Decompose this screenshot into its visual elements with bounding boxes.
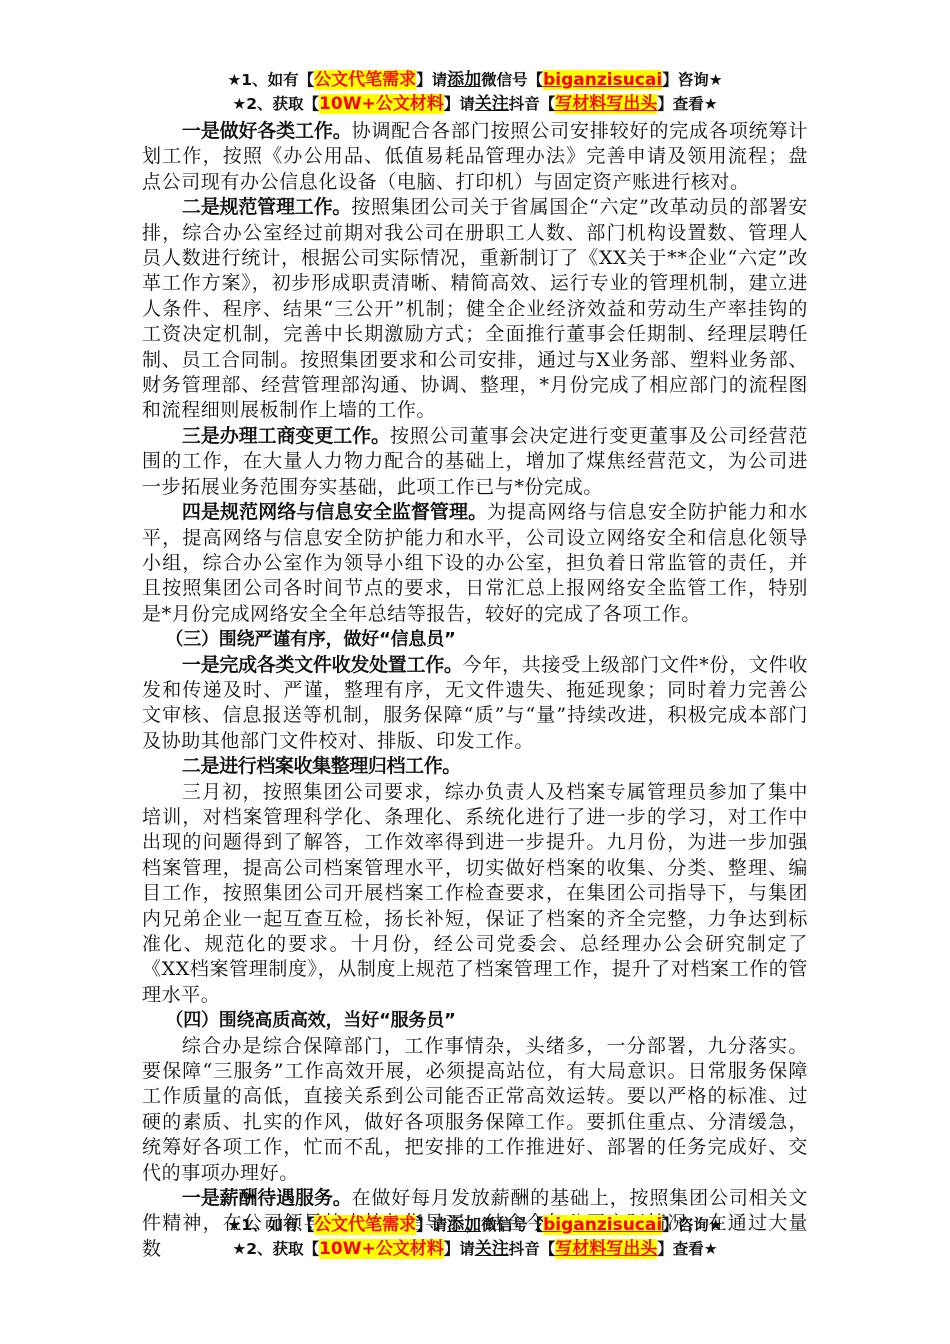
banner-text: 】咨询★ xyxy=(662,71,722,89)
section-heading-4: （四）围绕高质高效，当好“服务员” xyxy=(142,1008,808,1033)
highlight-ghostwriting: 公文代笔需求 xyxy=(314,70,416,90)
paragraph-archive-body: 三月初，按照集团公司要求，综办负责人及档案专属管理员参加了集中培训，对档案管理科… xyxy=(142,780,808,1009)
highlight-materials: 10W+公文材料 xyxy=(319,1239,444,1259)
emphasis-add: 添加 xyxy=(447,1215,481,1235)
bottom-banner: ★1、如有【公文代笔需求】请添加微信号【biganzisucai】咨询★ ★2、… xyxy=(142,1213,808,1261)
banner-text: 抖音【 xyxy=(509,1240,556,1258)
paragraph-lead: 一是薪酬待遇服务。 xyxy=(182,1187,352,1209)
wechat-id-link[interactable]: biganzisucai xyxy=(543,1215,662,1235)
highlight-materials: 10W+公文材料 xyxy=(319,94,444,114)
paragraph-work-4: 四是规范网络与信息安全监督管理。为提高网络与信息安全防护能力和水平，提高网络与信… xyxy=(142,500,808,627)
banner-text: ★1、如有【 xyxy=(227,1216,314,1234)
paragraph-lead: 二是进行档案收集整理归档工作。 xyxy=(182,755,461,777)
paragraph-file-handling: 一是完成各类文件收发处置工作。今年，共接受上级部门文件*份，文件收发和传递及时、… xyxy=(142,653,808,755)
banner-text: 】请 xyxy=(416,71,447,89)
paragraph-lead: 三是办理工商变更工作。 xyxy=(182,425,390,447)
banner-line-2: ★2、获取【10W+公文材料】请关注抖音【写材料写出头】查看★ xyxy=(142,92,808,116)
banner-text: 】查看★ xyxy=(657,95,717,113)
banner-line-1: ★1、如有【公文代笔需求】请添加微信号【biganzisucai】咨询★ xyxy=(142,1213,808,1237)
banner-text: 】请 xyxy=(444,95,475,113)
paragraph-work-1: 一是做好各类工作。协调配合各部门按照公司安排较好的完成各项统筹计划工作，按照《办… xyxy=(142,119,808,195)
paragraph-work-3: 三是办理工商变更工作。按照公司董事会决定进行变更董事及公司经营范围的工作，在大量… xyxy=(142,424,808,500)
paragraph-text: 按照集团公司关于省属国企“六定”改革动员的部署安排，综合办公室经过前期对我公司在… xyxy=(142,196,808,421)
banner-text: ★2、获取【 xyxy=(232,1240,319,1258)
banner-text: ★1、如有【 xyxy=(227,71,314,89)
douyin-account-link[interactable]: 写材料写出头 xyxy=(555,1239,657,1259)
document-page: ★1、如有【公文代笔需求】请添加微信号【biganzisucai】咨询★ ★2、… xyxy=(142,68,808,1262)
banner-text: 】咨询★ xyxy=(662,1216,722,1234)
paragraph-service-intro: 综合办是综合保障部门，工作事情杂，头绪多，一分部署，九分落实。要保障“三服务”工… xyxy=(142,1034,808,1186)
paragraph-lead: 一是做好各类工作。 xyxy=(182,120,352,142)
emphasis-add: 添加 xyxy=(447,70,481,90)
banner-text: ★2、获取【 xyxy=(232,95,319,113)
paragraph-lead: 二是规范管理工作。 xyxy=(182,196,351,218)
paragraph-work-2: 二是规范管理工作。按照集团公司关于省属国企“六定”改革动员的部署安排，综合办公室… xyxy=(142,195,808,424)
section-heading-3: （三）围绕严谨有序，做好“信息员” xyxy=(142,627,808,652)
paragraph-archive-lead: 二是进行档案收集整理归档工作。 xyxy=(142,754,808,779)
banner-text: 抖音【 xyxy=(509,95,556,113)
emphasis-follow: 关注 xyxy=(475,1239,509,1259)
top-banner: ★1、如有【公文代笔需求】请添加微信号【biganzisucai】咨询★ ★2、… xyxy=(142,68,808,116)
emphasis-follow: 关注 xyxy=(475,94,509,114)
document-body: 一是做好各类工作。协调配合各部门按照公司安排较好的完成各项统筹计划工作，按照《办… xyxy=(142,119,808,1262)
banner-line-2: ★2、获取【10W+公文材料】请关注抖音【写材料写出头】查看★ xyxy=(142,1237,808,1261)
banner-text: 】请 xyxy=(416,1216,447,1234)
banner-text: 微信号【 xyxy=(481,71,543,89)
paragraph-lead: 四是规范网络与信息安全监督管理。 xyxy=(182,501,487,523)
banner-line-1: ★1、如有【公文代笔需求】请添加微信号【biganzisucai】咨询★ xyxy=(142,68,808,92)
paragraph-lead: 一是完成各类文件收发处置工作。 xyxy=(182,654,463,676)
banner-text: 】请 xyxy=(444,1240,475,1258)
douyin-account-link[interactable]: 写材料写出头 xyxy=(555,94,657,114)
banner-text: 】查看★ xyxy=(657,1240,717,1258)
highlight-ghostwriting: 公文代笔需求 xyxy=(314,1215,416,1235)
wechat-id-link[interactable]: biganzisucai xyxy=(543,70,662,90)
banner-text: 微信号【 xyxy=(481,1216,543,1234)
